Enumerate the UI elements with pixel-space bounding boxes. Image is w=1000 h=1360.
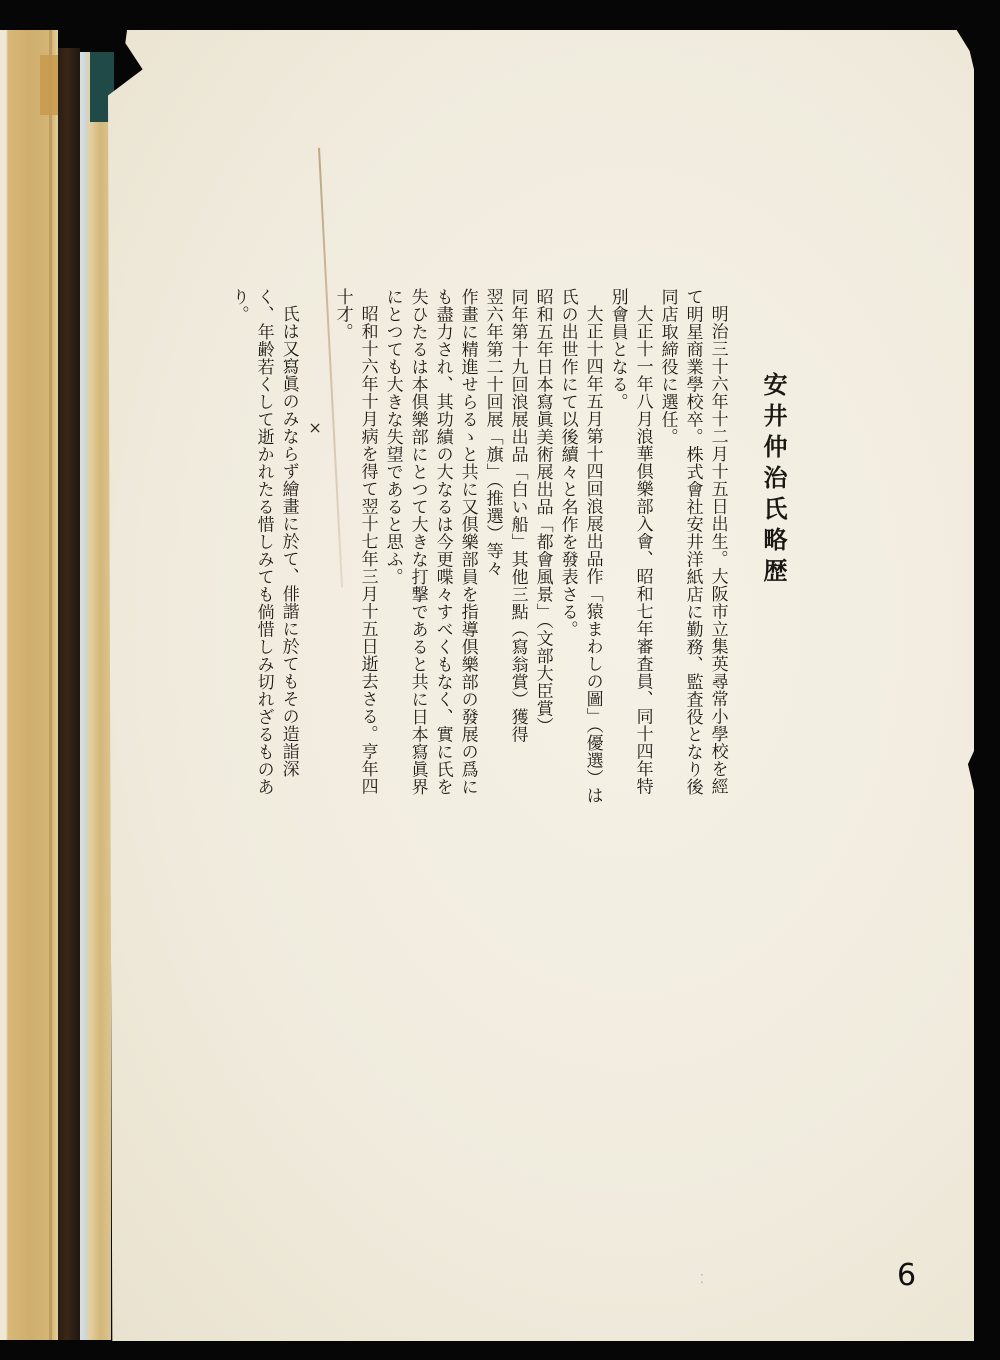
paragraph-debut-work: 大正十四年五月第十四回浪展出品作「猿まわしの圖」（優選）は氏の出世作にて以後續々… xyxy=(555,288,605,808)
paragraph-club-membership: 大正十一年八月浪華倶樂部入會、昭和七年審査員、同十四年特別會員となる。 xyxy=(605,288,655,808)
scanned-page: 安井仲治氏略歴 明治三十六年十二月十五日出生。大阪市立集英尋常小學校を經て明星商… xyxy=(0,0,1000,1360)
paragraph-award-1931: 翌六年第二十回展「旗」（推選）等々 xyxy=(480,288,505,808)
page-number: 6 xyxy=(897,1258,916,1293)
book-binding-inner xyxy=(80,52,111,1340)
binding-stain xyxy=(40,55,58,115)
book-spine xyxy=(58,48,80,1340)
page-title: 安井仲治氏略歴 xyxy=(760,288,786,808)
paragraph-closing: 氏は又寫眞のみならず繪畫に於て、俳諧に於てもその造詣深く、年齢若くして逝かれたる… xyxy=(226,288,301,808)
paragraph-death: 昭和十六年十月病を得て翌十七年三月十五日逝去さる。亨年四十才。 xyxy=(330,288,380,808)
paragraph-contributions: 作畫に精進せらるゝと共に又倶樂部員を指導倶樂部の發展の爲にも盡力され、其功績の大… xyxy=(380,288,480,808)
binding-crease xyxy=(49,30,52,1340)
ink-smudge: ⁚ xyxy=(700,1272,714,1288)
section-separator: × xyxy=(303,288,328,808)
paragraph-award-same-year: 同年第十九回浪展出品「白い船」其他三點（寫翁賞）獲得 xyxy=(505,288,530,808)
paragraph-birth-education: 明治三十六年十二月十五日出生。大阪市立集英尋常小學校を經て明星商業學校卒。株式會… xyxy=(655,288,730,808)
vertical-text-block: 安井仲治氏略歴 明治三十六年十二月十五日出生。大阪市立集英尋常小學校を經て明星商… xyxy=(226,288,786,808)
paragraph-award-1930: 昭和五年日本寫眞美術展出品「都會風景」（文部大臣賞） xyxy=(530,288,555,808)
